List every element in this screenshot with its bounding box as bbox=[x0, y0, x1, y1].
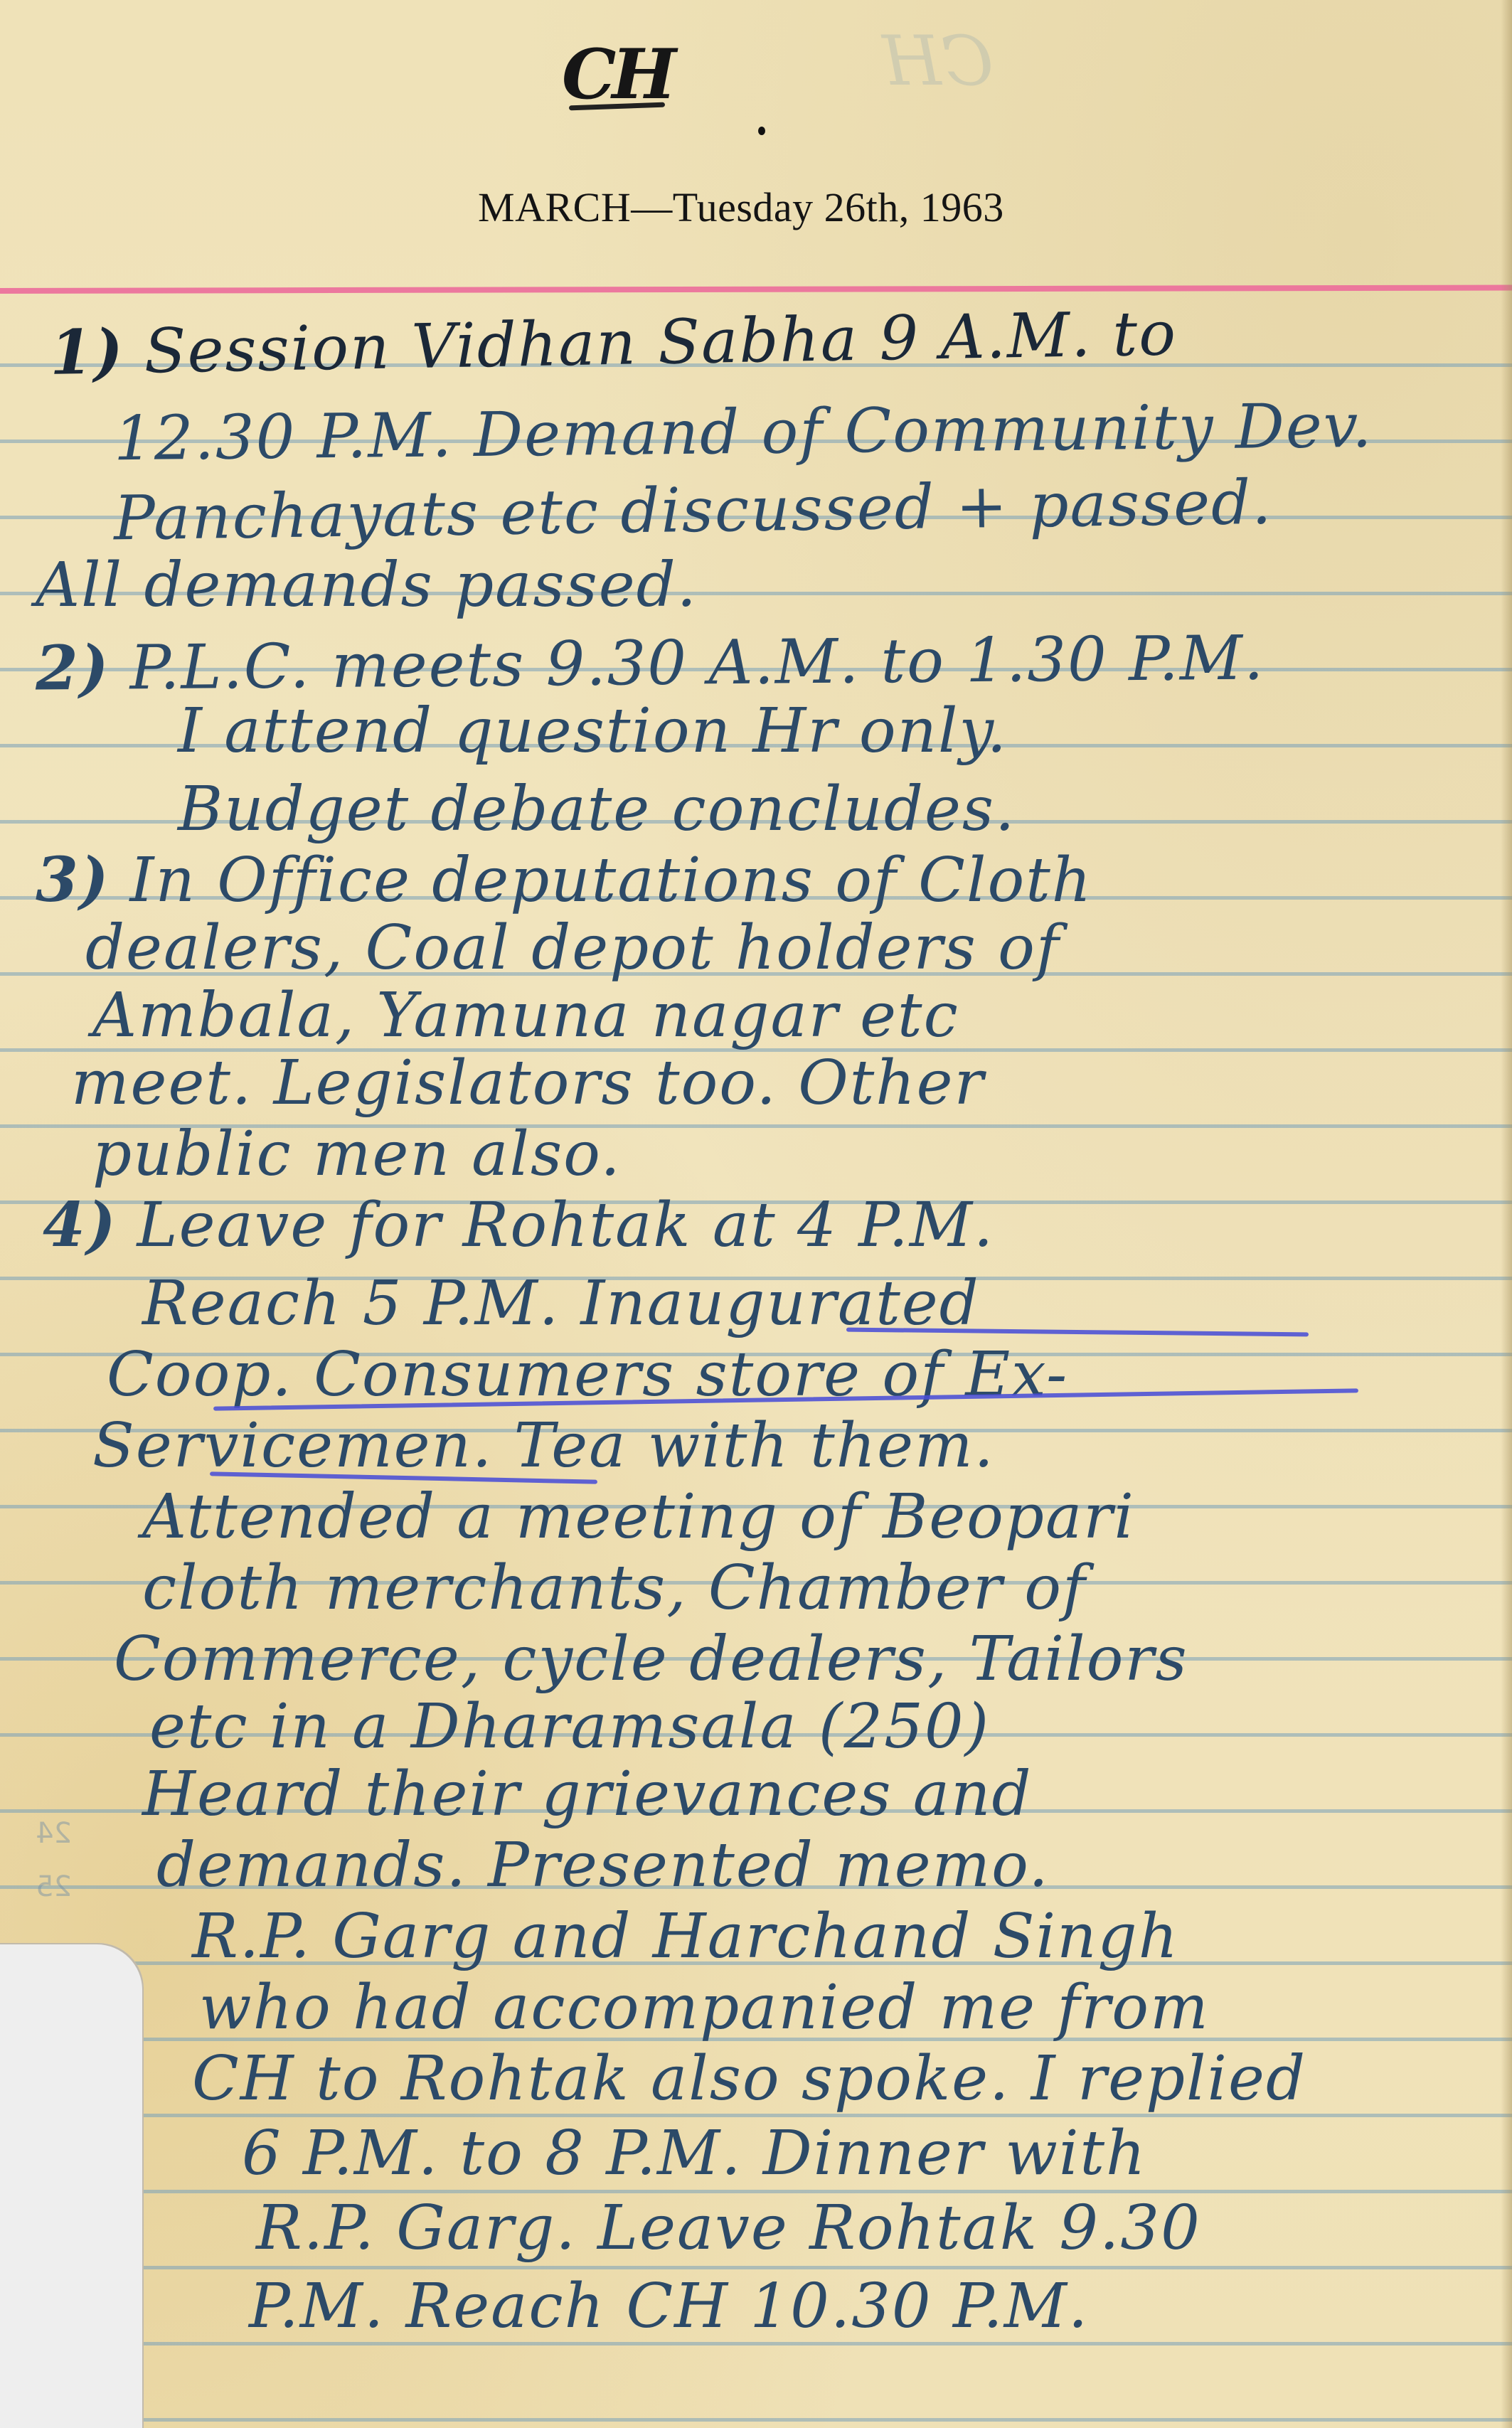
entry-4-line-10: demands. Presented memo. bbox=[156, 1835, 1050, 1896]
entry-2-line-3: Budget debate concludes. bbox=[178, 779, 1016, 840]
entry-4-line-14: 6 P.M. to 8 P.M. Dinner with bbox=[242, 2123, 1146, 2184]
entry-3-line-5: public men also. bbox=[92, 1124, 622, 1185]
entry-4-line-1: 4)Leave for Rohtak at 4 P.M. bbox=[43, 1195, 994, 1256]
entry-3-line-1: 3)In Office deputations of Cloth bbox=[36, 850, 1092, 911]
entry-number: 3) bbox=[36, 844, 110, 916]
entry-4-line-7: Commerce, cycle dealers, Tailors bbox=[114, 1629, 1188, 1690]
entry-1-line-3: Panchayats etc discussed + passed. bbox=[113, 472, 1272, 550]
bleed-through-number: 25 bbox=[36, 1870, 72, 1903]
entry-4-line-2: Reach 5 P.M. Inaugurated bbox=[142, 1273, 980, 1334]
entry-1-line-4: All demands passed. bbox=[36, 555, 698, 616]
entry-3-line-2: dealers, Coal depot holders of bbox=[85, 917, 1060, 979]
entry-2-line-2: I attend question Hr only. bbox=[178, 701, 1008, 762]
entry-3-line-3: Ambala, Yamuna nagar etc bbox=[92, 985, 959, 1046]
entry-4-line-12: who had accompanied me from bbox=[199, 1977, 1210, 2038]
diary-page: CH CH MARCH—Tuesday 26th, 1963 1)Session… bbox=[0, 0, 1512, 2428]
entry-4-line-11: R.P. Garg and Harchand Singh bbox=[192, 1906, 1179, 1967]
entry-number: 2) bbox=[36, 632, 110, 705]
entry-1-line-1: 1)Session Vidhan Sabha 9 A.M. to bbox=[49, 303, 1177, 384]
entry-4-line-6: cloth merchants, Chamber of bbox=[142, 1558, 1087, 1619]
entry-4-line-5: Attended a meeting of Beopari bbox=[142, 1486, 1135, 1548]
entry-1-line-2: 12.30 P.M. Demand of Community Dev. bbox=[114, 395, 1373, 470]
entry-4-line-9: Heard their grievances and bbox=[142, 1764, 1033, 1825]
page-tab-cutout bbox=[0, 1943, 144, 2428]
entry-4-line-16: P.M. Reach CH 10.30 P.M. bbox=[249, 2276, 1089, 2337]
entry-4-line-4: Servicemen. Tea with them. bbox=[92, 1415, 995, 1476]
entry-4-line-13: CH to Rohtak also spoke. I replied bbox=[192, 2048, 1306, 2109]
entry-2-line-1: 2)P.L.C. meets 9.30 A.M. to 1.30 P.M. bbox=[36, 627, 1265, 699]
diary-entries: 1)Session Vidhan Sabha 9 A.M. to 12.30 P… bbox=[0, 0, 1512, 2428]
entry-4-line-8: etc in a Dharamsala (250) bbox=[149, 1696, 990, 1757]
bleed-through-number: 24 bbox=[36, 1817, 72, 1850]
entry-3-line-4: meet. Legislators too. Other bbox=[71, 1053, 985, 1114]
entry-number: 4) bbox=[43, 1189, 117, 1261]
entry-number: 1) bbox=[49, 316, 124, 389]
entry-4-line-15: R.P. Garg. Leave Rohtak 9.30 bbox=[256, 2198, 1201, 2259]
